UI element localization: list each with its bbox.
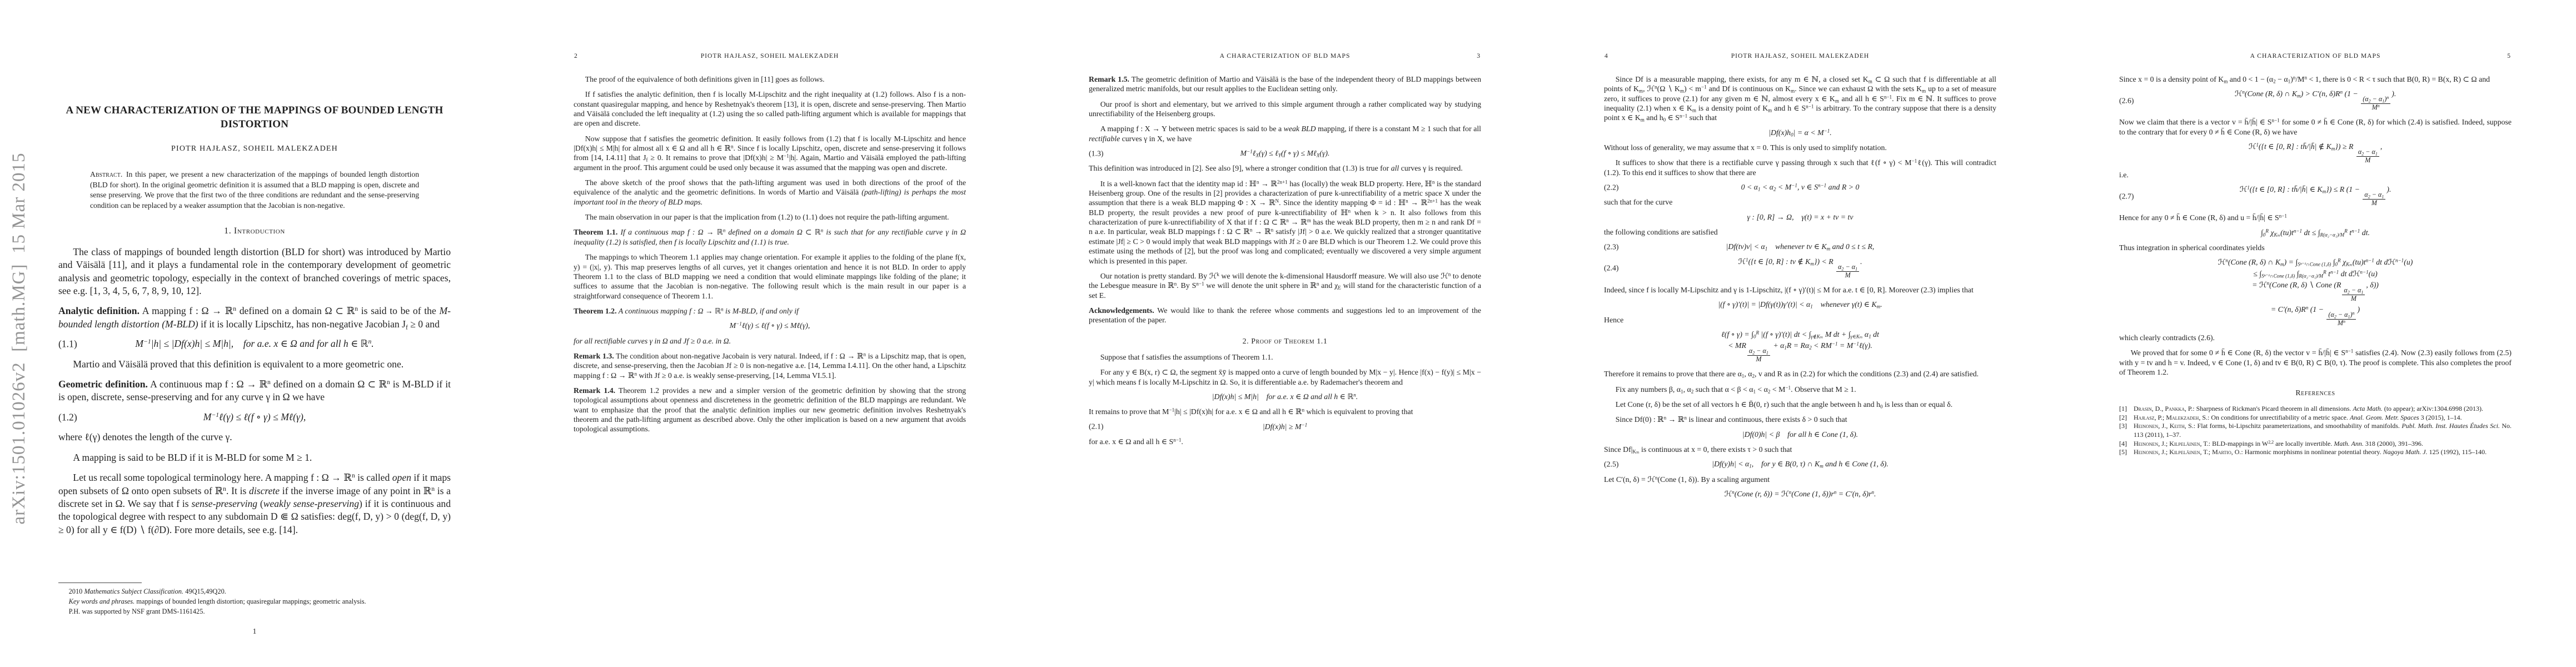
paragraph: If f satisfies the analytic definition, …: [574, 89, 966, 128]
paragraph: Suppose that f satisfies the assumptions…: [1089, 352, 1481, 362]
paragraph: where ℓ(γ) denotes the length of the cur…: [58, 431, 451, 444]
fraction: α2 − α1M: [1836, 263, 1859, 280]
reference-label: [5]: [2119, 448, 2134, 457]
equation-line: ℋ1({t ∈ [0, R] : tv ∉ Km}) < R α2 − α1M.: [1604, 257, 1996, 280]
paragraph: which clearly contradicts (2.6).: [2119, 333, 2512, 342]
paragraph: For any y ∈ B(x, r) ⊂ Ω, the segment x̄ȳ…: [1089, 367, 1481, 387]
paragraph: Since x = 0 is a density point of Km and…: [2119, 74, 2512, 84]
equation: ℋn(Cone (R, δ) ∩ Km) = ∫Sⁿ⁻¹∩Cone (1,δ) …: [2119, 257, 2512, 327]
equation-line: |Df(x)h0| = α < M−1.: [1604, 128, 1996, 137]
equation-line: γ : [0, R] → Ω, γ(t) = x + tv = tv: [1604, 212, 1996, 222]
block-lead: Theorem 1.2.: [574, 307, 617, 315]
running-head-title: A CHARACTERIZATION OF BLD MAPS: [1089, 52, 1481, 59]
equation-content: |Df(x)h| ≤ M|h| for a.e. x ∈ Ω and all h…: [1089, 392, 1481, 401]
document-canvas: arXiv:1501.01026v2 [math.MG] 15 Mar 2015…: [0, 0, 2576, 667]
labeled-paragraph: Theorem 1.2. A continuous mapping f : Ω …: [574, 306, 966, 316]
reference-item: [4]Heinonen, J.; Kilpeläinen, T.: BLD-ma…: [2119, 440, 2512, 449]
running-head-title: A CHARACTERIZATION OF BLD MAPS: [2119, 52, 2512, 59]
paragraph: The class of mappings of bounded length …: [58, 246, 451, 298]
fraction: (α2 − α1)nMn: [2361, 96, 2390, 112]
reference-item: [1]Drasin, D., Pankka, P.: Sharpness of …: [2119, 405, 2512, 414]
equation-line: |Df(0)h| < β for all h ∈ Cone (1, δ).: [1604, 430, 1996, 439]
equation-number: (2.2): [1604, 182, 1618, 192]
paper-title: A NEW CHARACTERIZATION OF THE MAPPINGS O…: [58, 103, 451, 131]
equation: (2.1)|Df(x)h| ≥ M−1: [1089, 422, 1481, 431]
equation: (1.3)M−1ℓX(γ) ≤ ℓY(f ∘ γ) ≤ MℓX(γ).: [1089, 148, 1481, 158]
equation-content: |(f ∘ γ)′(t)| = |Df(γ(t))γ′(t)| < α1 whe…: [1604, 300, 1996, 309]
running-head-page-number: 2: [574, 52, 578, 59]
page-5: A CHARACTERIZATION OF BLD MAPS5Since x =…: [2061, 0, 2576, 667]
footnote: 2010 Mathematics Subject Classification.…: [58, 587, 451, 597]
reference-text: Drasin, D., Pankka, P.: Sharpness of Ric…: [2134, 405, 2512, 414]
equation-line: ℋn(Cone (R, δ) ∩ Km) > C′(n, δ)Rn (1 − (…: [2119, 89, 2512, 112]
running-head-title: PIOTR HAJŁASZ, SOHEIL MALEKZADEH: [1604, 52, 1996, 59]
paragraph: Fix any numbers β, α1, α2 such that α < …: [1604, 385, 1996, 394]
paragraph: Since Df is a measurable mapping, there …: [1604, 74, 1996, 123]
labeled-paragraph: Analytic definition. A mapping f : Ω → ℝ…: [58, 305, 451, 331]
paragraph: Our notation is pretty standard. By ℋk w…: [1089, 271, 1481, 300]
paragraph: We proved that for some 0 ≠ h̄ ∈ Cone (R…: [2119, 348, 2512, 377]
equation-number: (1.2): [58, 411, 77, 424]
equation: (1.2)M−1ℓ(γ) ≤ ℓ(f ∘ γ) ≤ Mℓ(γ),: [58, 411, 451, 424]
equation-content: ℋ1({t ∈ [0, R] : th̄/|h̄| ∈ Km}) ≤ R (1 …: [2119, 185, 2512, 207]
paragraph: It suffices to show that there is a rect…: [1604, 158, 1996, 177]
equation-content: ∫0R χKₘ(tu)tn−1 dt ≤ ∫R(α₂−α₁)/MR tn−1 d…: [2119, 228, 2512, 237]
page-number: 1: [58, 625, 451, 638]
equation-content: |Df(y)h| < α1, for y ∈ B(0, τ) ∩ Km and …: [1604, 459, 1996, 469]
paragraph: It remains to prove that M−1|h| ≤ |Df(x)…: [1089, 407, 1481, 416]
section-heading: 1. Introduction: [58, 225, 451, 237]
equation-content: |Df(x)h| ≥ M−1: [1089, 422, 1481, 431]
authors: PIOTR HAJŁASZ, SOHEIL MALEKZADEH: [58, 142, 451, 155]
labeled-paragraph: Remark 1.5. The geometric definition of …: [1089, 74, 1481, 94]
reference-label: [2]: [2119, 414, 2134, 422]
page-1: A NEW CHARACTERIZATION OF THE MAPPINGS O…: [0, 0, 515, 667]
paragraph: the following conditions are satisfied: [1604, 227, 1996, 237]
paragraph: This definition was introduced in [2]. S…: [1089, 163, 1481, 173]
equation-content: 0 < α1 < α2 < M−1, v ∈ Sn−1 and R > 0: [1604, 182, 1996, 192]
paragraph: Now suppose that f satisfies the geometr…: [574, 134, 966, 172]
equation-number: (2.3): [1604, 242, 1618, 251]
equation-number: (2.6): [2119, 96, 2134, 105]
equation-line: M−1ℓ(γ) ≤ ℓ(f ∘ γ) ≤ Mℓ(γ),: [574, 321, 966, 330]
equation: (2.7)ℋ1({t ∈ [0, R] : th̄/|h̄| ∈ Km}) ≤ …: [2119, 185, 2512, 207]
paragraph: for a.e. x ∈ Ω and all h ∈ Sn−1.: [1089, 437, 1481, 446]
running-head-title: PIOTR HAJŁASZ, SOHEIL MALEKZADEH: [574, 52, 966, 59]
equation-content: ℋn(Cone (R, δ) ∩ Km) > C′(n, δ)Rn (1 − (…: [2119, 89, 2512, 112]
paragraph: The proof of the equivalence of both def…: [574, 74, 966, 84]
paragraph: Thus integration in spherical coordinate…: [2119, 243, 2512, 252]
reference-item: [5]Heinonen, J.; Kilpeläinen, T.; Martio…: [2119, 448, 2512, 457]
equation-line: |(f ∘ γ)′(t)| = |Df(γ(t))γ′(t)| < α1 whe…: [1604, 300, 1996, 309]
paragraph: A mapping f : X → Y between metric space…: [1089, 124, 1481, 143]
equation-line: = C′(n, δ)Rn (1 − (α2 − α1)nMn): [2119, 305, 2512, 327]
text-column: Since Df is a measurable mapping, there …: [1604, 69, 1996, 504]
labeled-paragraph: Remark 1.3. The condition about non-nega…: [574, 351, 966, 380]
running-head: 4PIOTR HAJŁASZ, SOHEIL MALEKZADEH: [1604, 52, 1996, 59]
fraction: α2 − α1M: [2363, 191, 2385, 207]
equation-line: ℋn(Cone (R, δ) ∩ Km) = ∫Sⁿ⁻¹∩Cone (1,δ) …: [2119, 257, 2512, 267]
equation-content: M−1|h| ≤ |Df(x)h| ≤ M|h|, for a.e. x ∈ Ω…: [58, 337, 451, 350]
reference-text: Heinonen, J.; Kilpeläinen, T.: BLD-mappi…: [2134, 440, 2512, 449]
block-lead: Analytic definition.: [58, 305, 139, 316]
paragraph: Let Cone (r, δ) be the set of all vector…: [1604, 400, 1996, 409]
equation: (1.1)M−1|h| ≤ |Df(x)h| ≤ M|h|, for a.e. …: [58, 337, 451, 350]
paragraph: It is a well-known fact that the identit…: [1089, 179, 1481, 266]
block-lead: Theorem 1.1.: [574, 228, 617, 236]
section-heading: References: [2119, 388, 2512, 397]
reference-text: Heinonen, J.; Kilpeläinen, T.; Martio, O…: [2134, 448, 2512, 457]
equation-content: |Df(x)h0| = α < M−1.: [1604, 128, 1996, 137]
reference-label: [1]: [2119, 405, 2134, 414]
paragraph: such that for the curve: [1604, 197, 1996, 207]
fraction: α2 − α1M: [2342, 287, 2365, 303]
equation: (2.4)ℋ1({t ∈ [0, R] : tv ∉ Km}) < R α2 −…: [1604, 257, 1996, 280]
equation-line: ℓ(f ∘ γ) = ∫0R |(f ∘ γ)′(t)| dt < ∫γ∉Kₘ …: [1604, 330, 1996, 339]
page-3: A CHARACTERIZATION OF BLD MAPS3Remark 1.…: [1030, 0, 1546, 667]
running-head-page-number: 3: [1477, 52, 1481, 59]
fraction: α2 − α1M: [1747, 347, 1770, 364]
equation-line: ℋ1({t ∈ [0, R] : th̄/|h̄| ∈ Km}) ≤ R (1 …: [2119, 185, 2512, 207]
equation-content: |Df(0)h| < β for all h ∈ Cone (1, δ).: [1604, 430, 1996, 439]
equation-line: |Df(tv)v| < α1 whenever tv ∈ Km and 0 ≤ …: [1604, 242, 1996, 251]
reference-label: [3]: [2119, 422, 2134, 439]
abstract: Abstract. In this paper, we present a ne…: [58, 170, 451, 211]
labeled-paragraph: Remark 1.4. Theorem 1.2 provides a new a…: [574, 386, 966, 434]
equation: ∫0R χKₘ(tu)tn−1 dt ≤ ∫R(α₂−α₁)/MR tn−1 d…: [2119, 228, 2512, 237]
paragraph: Since Df(0) : ℝn → ℝn is linear and cont…: [1604, 415, 1996, 424]
block-lead: Remark 1.3.: [574, 352, 614, 360]
reference-text: Hajłasz, P.; Malekzadeh, S.: On conditio…: [2134, 414, 2512, 422]
equation-line: ℋ1({t ∈ [0, R] : th̄/|h̄| ∉ Km}) ≥ R α2 …: [2119, 142, 2512, 165]
equation-line: M−1ℓ(γ) ≤ ℓ(f ∘ γ) ≤ Mℓ(γ),: [58, 411, 451, 424]
equation: ℋ1({t ∈ [0, R] : th̄/|h̄| ∉ Km}) ≥ R α2 …: [2119, 142, 2512, 165]
paragraph: The mappings to which Theorem 1.1 applie…: [574, 252, 966, 301]
block-lead: Remark 1.4.: [574, 386, 615, 395]
paragraph: The above sketch of the proof shows that…: [574, 178, 966, 207]
equation: |Df(x)h| ≤ M|h| for a.e. x ∈ Ω and all h…: [1089, 392, 1481, 401]
equation-line: ∫0R χKₘ(tu)tn−1 dt ≤ ∫R(α₂−α₁)/MR tn−1 d…: [2119, 228, 2512, 237]
running-head: 2PIOTR HAJŁASZ, SOHEIL MALEKZADEH: [574, 52, 966, 59]
equation-number: (2.7): [2119, 191, 2134, 201]
fraction: α2 − α1M: [2356, 148, 2379, 165]
block-lead: Acknowledgements.: [1089, 306, 1154, 315]
paragraph: Since Df|Kₘ is continuous at x = 0, ther…: [1604, 445, 1996, 454]
text-column: Since x = 0 is a density point of Km and…: [2119, 69, 2512, 457]
paragraph: Therefore it remains to prove that there…: [1604, 369, 1996, 379]
equation-line: |Df(x)h| ≤ M|h| for a.e. x ∈ Ω and all h…: [1089, 392, 1481, 401]
paragraph: A mapping is said to be BLD if it is M-B…: [58, 451, 451, 464]
running-head: A CHARACTERIZATION OF BLD MAPS5: [2119, 52, 2512, 59]
equation-content: ℋ1({t ∈ [0, R] : th̄/|h̄| ∉ Km}) ≥ R α2 …: [2119, 142, 2512, 165]
paragraph: i.e.: [2119, 170, 2512, 180]
equation-line: |Df(x)h| ≥ M−1: [1089, 422, 1481, 431]
equation-content: ℋ1({t ∈ [0, R] : tv ∉ Km}) < R α2 − α1M.: [1604, 257, 1996, 280]
paragraph: Without loss of generality, we may assum…: [1604, 143, 1996, 152]
equation: |Df(x)h0| = α < M−1.: [1604, 128, 1996, 137]
equation: (2.3)|Df(tv)v| < α1 whenever tv ∈ Km and…: [1604, 242, 1996, 251]
text-column: Remark 1.5. The geometric definition of …: [1089, 69, 1481, 446]
equation-number: (1.1): [58, 337, 77, 350]
paragraph: Martio and Väisälä proved that this defi…: [58, 358, 451, 371]
equation-line: ℋn(Cone (r, δ)) = ℋn(Cone (1, δ))rn = C′…: [1604, 489, 1996, 499]
paragraph: Now we claim that there is a vector v = …: [2119, 117, 2512, 137]
equation-line: M−1ℓX(γ) ≤ ℓY(f ∘ γ) ≤ MℓX(γ).: [1089, 148, 1481, 158]
reference-item: [3]Heinonen, J., Keith, S.: Flat forms, …: [2119, 422, 2512, 439]
equation: ℋn(Cone (r, δ)) = ℋn(Cone (1, δ))rn = C′…: [1604, 489, 1996, 499]
page-2: 2PIOTR HAJŁASZ, SOHEIL MALEKZADEHThe pro…: [515, 0, 1030, 667]
equation: |(f ∘ γ)′(t)| = |Df(γ(t))γ′(t)| < α1 whe…: [1604, 300, 1996, 309]
equation: (2.5)|Df(y)h| < α1, for y ∈ B(0, τ) ∩ Km…: [1604, 459, 1996, 469]
abstract-label: Abstract.: [90, 170, 122, 178]
paragraph: Let C′(n, δ) = ℋn(Cone (1, δ)). By a sca…: [1604, 475, 1996, 484]
equation-line: ≤ ∫Sⁿ⁻¹∩Cone (1,δ) ∫R(α₂−α₁)/MR tn−1 dt …: [2119, 269, 2512, 278]
equation-content: M−1ℓ(γ) ≤ ℓ(f ∘ γ) ≤ Mℓ(γ),: [574, 321, 966, 330]
equation-content: γ : [0, R] → Ω, γ(t) = x + tv = tv: [1604, 212, 1996, 222]
equation-content: ℋn(Cone (r, δ)) = ℋn(Cone (1, δ))rn = C′…: [1604, 489, 1996, 499]
equation: M−1ℓ(γ) ≤ ℓ(f ∘ γ) ≤ Mℓ(γ),: [574, 321, 966, 330]
equation-line: = ℋn(Cone (R, δ) ∖ Cone (Rα2 − α1M, δ)): [2119, 280, 2512, 303]
equation-content: ℋn(Cone (R, δ) ∩ Km) = ∫Sⁿ⁻¹∩Cone (1,δ) …: [2119, 257, 2512, 327]
references-list: [1]Drasin, D., Pankka, P.: Sharpness of …: [2119, 405, 2512, 457]
section-heading: 2. Proof of Theorem 1.1: [1089, 336, 1481, 346]
equation: ℓ(f ∘ γ) = ∫0R |(f ∘ γ)′(t)| dt < ∫γ∉Kₘ …: [1604, 330, 1996, 364]
reference-label: [4]: [2119, 440, 2134, 449]
equation-content: ℓ(f ∘ γ) = ∫0R |(f ∘ γ)′(t)| dt < ∫γ∉Kₘ …: [1604, 330, 1996, 364]
equation-number: (2.1): [1089, 422, 1103, 431]
labeled-paragraph: Acknowledgements. We would like to thank…: [1089, 306, 1481, 325]
equation: |Df(0)h| < β for all h ∈ Cone (1, δ).: [1604, 430, 1996, 439]
running-head-page-number: 4: [1605, 52, 1608, 59]
reference-item: [2]Hajłasz, P.; Malekzadeh, S.: On condi…: [2119, 414, 2512, 422]
labeled-paragraph: Theorem 1.1. If a continuous map f : Ω →…: [574, 227, 966, 247]
equation-number: (1.3): [1089, 148, 1103, 158]
text-column: A NEW CHARACTERIZATION OF THE MAPPINGS O…: [58, 103, 451, 536]
running-head-page-number: 5: [2507, 52, 2511, 59]
equation-number: (2.4): [1604, 263, 1618, 273]
running-head: A CHARACTERIZATION OF BLD MAPS3: [1089, 52, 1481, 59]
paragraph: The main observation in our paper is tha…: [574, 212, 966, 222]
equation-line: 0 < α1 < α2 < M−1, v ∈ Sn−1 and R > 0: [1604, 182, 1996, 192]
labeled-paragraph: Geometric definition. A continuous map f…: [58, 378, 451, 404]
paragraph: Hence for any 0 ≠ h̄ ∈ Cone (R, δ) and u…: [2119, 213, 2512, 222]
page-4: 4PIOTR HAJŁASZ, SOHEIL MALEKZADEHSince D…: [1546, 0, 2061, 667]
equation: (2.2)0 < α1 < α2 < M−1, v ∈ Sn−1 and R >…: [1604, 182, 1996, 192]
footnote: P.H. was supported by NSF grant DMS-1161…: [58, 607, 451, 617]
fraction: (α2 − α1)nMn: [2326, 311, 2356, 327]
footnote: Key words and phrases. mappings of bound…: [58, 597, 451, 607]
equation-content: |Df(tv)v| < α1 whenever tv ∈ Km and 0 ≤ …: [1604, 242, 1996, 251]
equation-content: M−1ℓ(γ) ≤ ℓ(f ∘ γ) ≤ Mℓ(γ),: [58, 411, 451, 424]
equation: γ : [0, R] → Ω, γ(t) = x + tv = tv: [1604, 212, 1996, 222]
reference-text: Heinonen, J., Keith, S.: Flat forms, bi-…: [2134, 422, 2512, 439]
paragraph: Indeed, since f is locally M-Lipschitz a…: [1604, 285, 1996, 295]
text-column: The proof of the equivalence of both def…: [574, 69, 966, 434]
paragraph: Hence: [1604, 315, 1996, 325]
equation-line: M−1|h| ≤ |Df(x)h| ≤ M|h|, for a.e. x ∈ Ω…: [58, 337, 451, 350]
footnotes: 2010 Mathematics Subject Classification.…: [58, 583, 451, 616]
equation-content: M−1ℓX(γ) ≤ ℓY(f ∘ γ) ≤ MℓX(γ).: [1089, 148, 1481, 158]
paragraph: for all rectifiable curves γ in Ω and Jf…: [574, 336, 966, 346]
equation-number: (2.5): [1604, 459, 1618, 469]
block-lead: Geometric definition.: [58, 379, 148, 390]
equation: (2.6)ℋn(Cone (R, δ) ∩ Km) > C′(n, δ)Rn (…: [2119, 89, 2512, 112]
paragraph: Our proof is short and elementary, but w…: [1089, 99, 1481, 119]
equation-line: < MRα2 − α1M + α1R = Rα2 < RM−1 = M−1ℓ(γ…: [1604, 341, 1996, 364]
block-lead: Remark 1.5.: [1089, 75, 1129, 83]
paragraph: Let us recall some topological terminolo…: [58, 471, 451, 536]
equation-line: |Df(y)h| < α1, for y ∈ B(0, τ) ∩ Km and …: [1604, 459, 1996, 469]
